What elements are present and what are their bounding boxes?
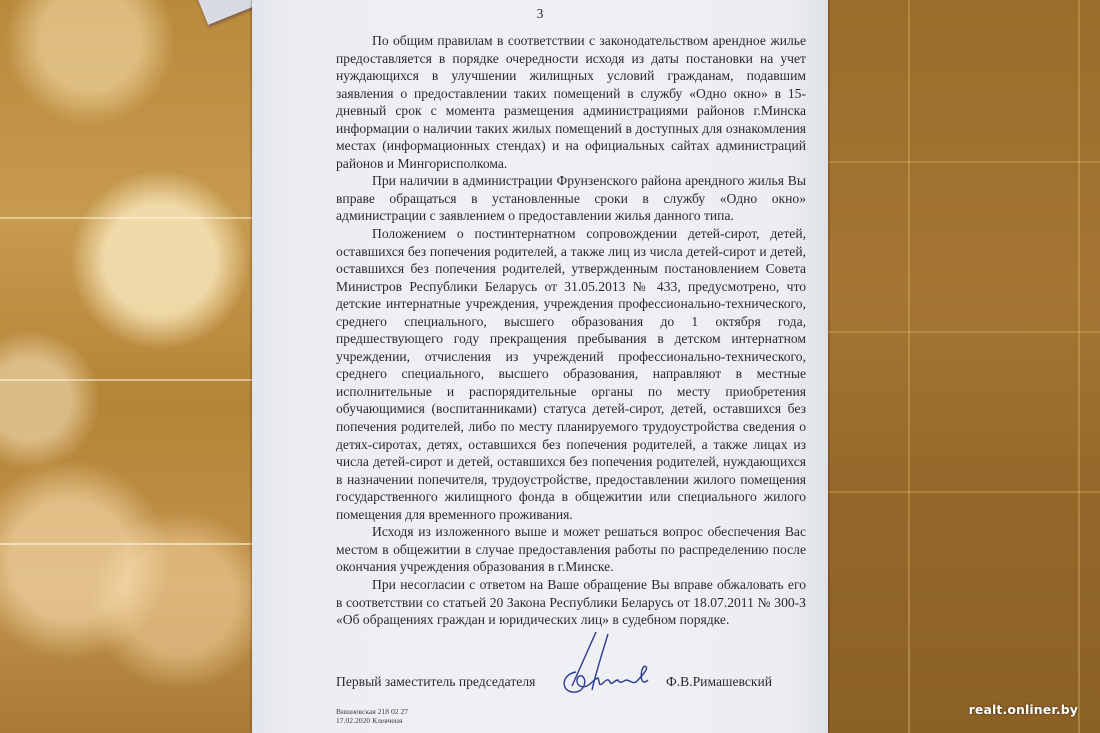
signatory-name: Ф.В.Римашевский: [666, 674, 772, 690]
paragraph-frunzensky-district: При наличии в администрации Фрунзенского…: [336, 172, 806, 225]
paragraph-post-boarding-support: Положением о постинтернатном сопровожден…: [336, 225, 806, 523]
paragraph-appeal-rights: При несогласии с ответом на Ваше обращен…: [336, 576, 806, 629]
paragraph-dormitory: Исходя из изложенного выше и может решат…: [336, 523, 806, 576]
handwritten-signature-icon: [558, 630, 668, 696]
site-watermark: realt.onliner.by: [969, 702, 1078, 717]
executor-note: Вишневская 218 02 27 17.02.2020 Клевченя: [336, 707, 408, 725]
paragraph-rental-housing: По общим правилам в соответствии с закон…: [336, 32, 806, 172]
gold-floral-background-left: [0, 0, 252, 733]
gold-floral-background-right: [828, 0, 1100, 733]
letter-page: 3 По общим правилам в соответствии с зак…: [252, 0, 828, 733]
signatory-title: Первый заместитель председателя: [336, 674, 535, 690]
executor-phone: Вишневская 218 02 27: [336, 707, 408, 716]
executor-date: 17.02.2020 Клевченя: [336, 716, 408, 725]
letter-body: По общим правилам в соответствии с закон…: [336, 32, 806, 629]
page-number: 3: [252, 6, 828, 22]
